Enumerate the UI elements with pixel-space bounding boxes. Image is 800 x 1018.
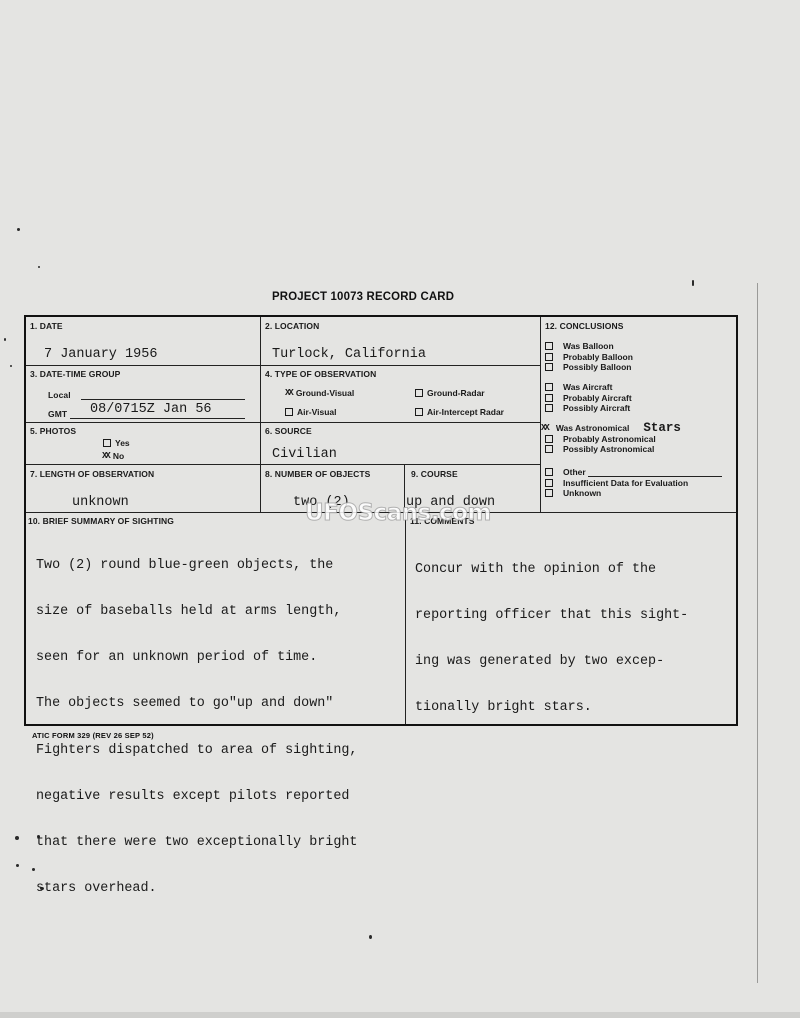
photos-label: 5. PHOTOS [30,426,76,436]
source-label: 6. SOURCE [265,426,312,436]
scan-speck [10,365,12,367]
comments-line: tionally bright stars. [415,700,688,715]
bottom-strip [0,1012,800,1018]
checkbox-icon [415,408,423,416]
option-label: Air-Intercept Radar [427,407,504,417]
local-field-line [81,399,245,400]
gmt-value: 08/0715Z Jan 56 [90,402,212,417]
page-edge-line [757,283,758,983]
option-air-visual[interactable]: Air-Visual [285,407,337,417]
gmt-field-line [70,418,245,419]
other-blank-line[interactable] [588,468,722,477]
checked-x-mark: XX [102,451,109,461]
summary-line: seen for an unknown period of time. [36,650,357,665]
checkbox-icon [415,389,423,397]
local-label: Local [48,390,71,400]
conclusions-cell: 12. CONCLUSIONS Was Balloon Probably Bal… [540,317,736,512]
type-of-observation-label: 4. TYPE OF OBSERVATION [265,369,376,379]
conclusion-label: Possibly Balloon [563,362,632,372]
card-title: PROJECT 10073 RECORD CARD [272,289,454,303]
location-value: Turlock, California [272,347,426,362]
conclusion-probably-balloon[interactable]: Probably Balloon [545,352,633,363]
option-label: Yes [115,438,130,448]
checkbox-icon [545,468,553,476]
scan-speck [4,338,6,341]
checkbox-icon [545,435,553,443]
conclusions-group-astronomical: XX Was Astronomical Stars Probably Astro… [541,423,681,455]
checked-x-mark: XX [285,388,292,398]
checkbox-icon [545,353,553,361]
conclusion-possibly-balloon[interactable]: Possibly Balloon [545,362,633,373]
scan-speck [16,864,19,867]
summary-cell: 10. BRIEF SUMMARY OF SIGHTING Two (2) ro… [26,512,405,724]
conclusion-label: Was Aircraft [563,382,612,392]
conclusion-label: Unknown [563,488,601,498]
summary-line: Two (2) round blue-green objects, the [36,558,357,573]
scan-speck [692,280,694,286]
comments-text: Concur with the opinion of the reporting… [415,531,688,747]
length-of-observation-label: 7. LENGTH OF OBSERVATION [30,469,154,479]
summary-label: 10. BRIEF SUMMARY OF SIGHTING [28,516,174,526]
conclusion-label: Possibly Astronomical [563,444,654,454]
option-photos-no[interactable]: XX No [102,451,124,461]
conclusion-unknown[interactable]: Unknown [545,488,722,499]
conclusions-label: 12. CONCLUSIONS [545,321,624,331]
conclusion-label: Probably Balloon [563,352,633,362]
comments-line: ing was generated by two excep- [415,654,688,669]
option-air-intercept-radar[interactable]: Air-Intercept Radar [415,407,504,417]
conclusions-group-aircraft: Was Aircraft Probably Aircraft Possibly … [545,382,632,414]
form-number: ATIC FORM 329 (REV 26 SEP 52) [32,731,154,740]
type-of-observation-cell: 4. TYPE OF OBSERVATION XX Ground-Visual … [260,365,540,422]
comments-line: reporting officer that this sight- [415,608,688,623]
watermark: UFOScans.com [305,500,491,526]
conclusions-group-balloon: Was Balloon Probably Balloon Possibly Ba… [545,341,633,373]
gmt-label: GMT [48,409,67,419]
checked-x-mark: XX [541,423,548,433]
number-of-objects-label: 8. NUMBER OF OBJECTS [265,469,370,479]
checkbox-icon [545,383,553,391]
checkbox-icon [545,363,553,371]
option-label: Ground-Radar [427,388,485,398]
conclusion-probably-aircraft[interactable]: Probably Aircraft [545,393,632,404]
location-cell: 2. LOCATION Turlock, California [260,317,540,365]
conclusion-label: Possibly Aircraft [563,403,630,413]
scan-speck [15,836,19,840]
date-time-group-label: 3. DATE-TIME GROUP [30,369,120,379]
length-of-observation-cell: 7. LENGTH OF OBSERVATION unknown [26,464,260,512]
option-label: No [113,451,124,461]
source-cell: 6. SOURCE Civilian [260,422,540,464]
checkbox-icon [545,342,553,350]
conclusion-label: Probably Aircraft [563,393,632,403]
summary-text: Two (2) round blue-green objects, the si… [36,527,357,928]
checkbox-icon [545,489,553,497]
checkbox-icon [545,479,553,487]
conclusion-insufficient-data[interactable]: Insufficient Data for Evaluation [545,478,722,489]
summary-line: The objects seemed to go"up and down" [36,696,357,711]
summary-line: size of baseballs held at arms length, [36,604,357,619]
date-time-group-cell: 3. DATE-TIME GROUP Local GMT 08/0715Z Ja… [26,365,260,422]
conclusion-other[interactable]: Other [545,467,722,478]
comments-line: Concur with the opinion of the [415,562,688,577]
option-label: Air-Visual [297,407,337,417]
option-label: Ground-Visual [296,388,354,398]
checkbox-icon [545,404,553,412]
date-value: 7 January 1956 [44,347,157,362]
conclusion-label: Other [563,467,586,477]
option-ground-visual[interactable]: XX Ground-Visual [285,388,354,398]
summary-line: stars overhead. [36,881,357,896]
location-label: 2. LOCATION [265,321,319,331]
conclusion-was-balloon[interactable]: Was Balloon [545,341,633,352]
scan-speck [17,228,20,231]
conclusions-group-other: Other Insufficient Data for Evaluation U… [545,467,722,499]
conclusion-possibly-aircraft[interactable]: Possibly Aircraft [545,403,632,414]
conclusion-label: Insufficient Data for Evaluation [563,478,688,488]
course-label: 9. COURSE [411,469,458,479]
checkbox-icon [285,408,293,416]
option-ground-radar[interactable]: Ground-Radar [415,388,485,398]
summary-line: that there were two exceptionally bright [36,835,357,850]
conclusion-label: Was Astronomical [556,423,630,433]
conclusion-was-astronomical[interactable]: XX Was Astronomical Stars [541,423,681,434]
conclusion-label: Probably Astronomical [563,434,656,444]
checkbox-icon [103,439,111,447]
photos-cell: 5. PHOTOS Yes XX No [26,422,260,464]
summary-line: Fighters dispatched to area of sighting, [36,743,357,758]
conclusion-was-aircraft[interactable]: Was Aircraft [545,382,632,393]
checkbox-icon [545,445,553,453]
scan-speck [38,266,40,268]
date-cell: 1. DATE 7 January 1956 [26,317,260,365]
option-photos-yes[interactable]: Yes [103,438,130,448]
source-value: Civilian [272,447,337,462]
scan-speck [32,868,35,871]
conclusion-possibly-astronomical[interactable]: Possibly Astronomical [541,444,681,455]
length-of-observation-value: unknown [72,495,129,510]
date-label: 1. DATE [30,321,63,331]
comments-cell: 11. COMMENTS Concur with the opinion of … [405,512,736,724]
checkbox-icon [545,394,553,402]
conclusion-label: Was Balloon [563,341,614,351]
summary-line: negative results except pilots reported [36,789,357,804]
scan-speck [369,935,372,939]
